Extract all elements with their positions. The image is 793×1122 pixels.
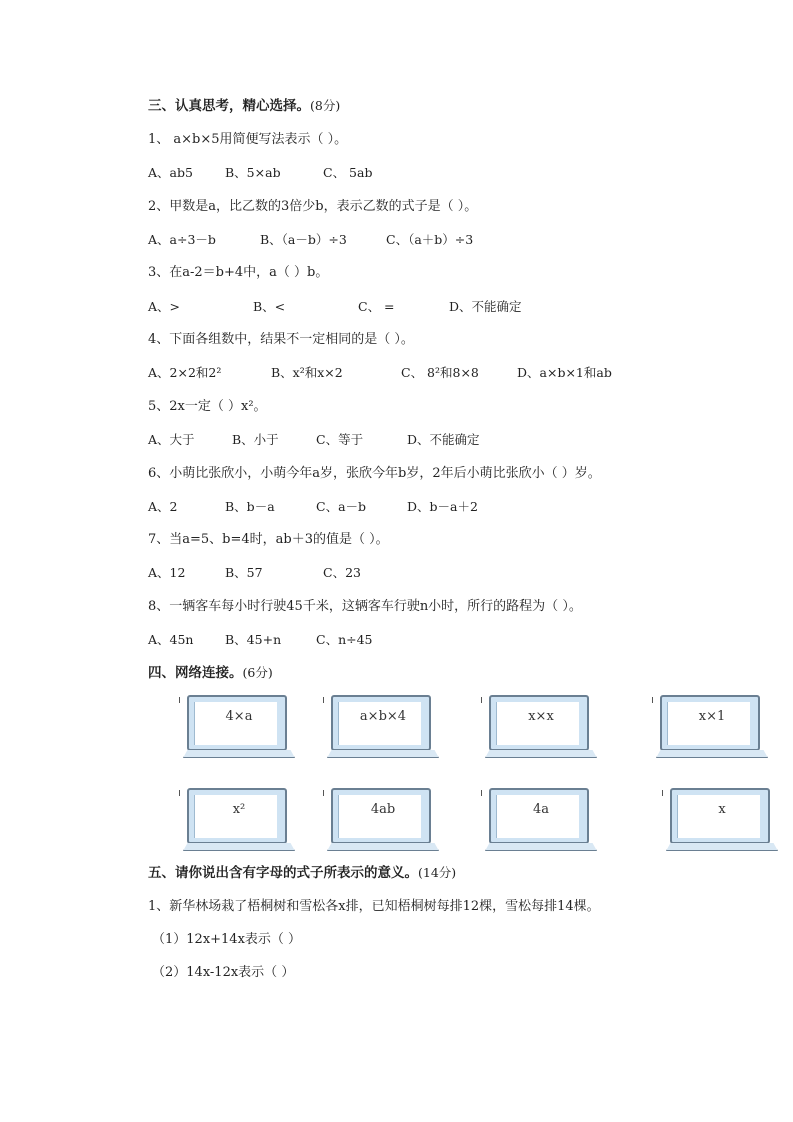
q3-option-b[interactable]: B、<	[253, 298, 285, 316]
laptop-base	[327, 750, 439, 758]
q2-option-b[interactable]: B、（a－b）÷3	[260, 231, 347, 249]
expression-label: 4a	[485, 802, 597, 817]
connect-dot	[179, 790, 180, 796]
laptop-base	[183, 843, 295, 851]
laptop-card-row2-4[interactable]: x	[666, 788, 778, 854]
q1-option-a[interactable]: A、ab5	[148, 164, 193, 182]
laptop-card-row1-3[interactable]: x×x	[485, 695, 597, 761]
section-4-title: 四、网络连接。	[148, 665, 243, 681]
section-5-title: 五、请你说出含有字母的式子所表示的意义。	[148, 865, 418, 881]
connect-dot	[323, 790, 324, 796]
q3-option-a[interactable]: A、>	[148, 298, 180, 316]
laptop-base	[183, 750, 295, 758]
sub-question-1[interactable]: （1）12x+14x表示（ ）	[152, 931, 301, 949]
section-3-heading: 三、认真思考，精心选择。(8分)	[148, 97, 340, 115]
q6-option-b[interactable]: B、b－a	[225, 498, 275, 516]
connect-dot	[481, 790, 482, 796]
expression-label: x×x	[485, 709, 597, 724]
laptop-card-row2-1[interactable]: x²	[183, 788, 295, 854]
q6-option-c[interactable]: C、a－b	[316, 498, 366, 516]
q8-option-b[interactable]: B、45+n	[225, 631, 281, 649]
section-4-points: (6分)	[243, 665, 273, 680]
question-3: 3、在a-2＝b+4中，a（ ）b。	[148, 264, 328, 282]
expression-label: x²	[183, 802, 295, 817]
q5-option-a[interactable]: A、大于	[148, 431, 195, 449]
q5-option-b[interactable]: B、小于	[232, 431, 279, 449]
laptop-card-row2-3[interactable]: 4a	[485, 788, 597, 854]
q8-option-a[interactable]: A、45n	[148, 631, 193, 649]
connect-dot	[179, 697, 180, 703]
q7-option-b[interactable]: B、57	[225, 564, 263, 582]
q2-option-a[interactable]: A、a÷3－b	[148, 231, 216, 249]
q1-option-b[interactable]: B、5×ab	[225, 164, 281, 182]
question-5: 5、2x一定（ ）x²。	[148, 398, 267, 416]
laptop-card-row2-2[interactable]: 4ab	[327, 788, 439, 854]
laptop-base	[327, 843, 439, 851]
q4-option-a[interactable]: A、2×2和2²	[148, 364, 221, 382]
section-5-points: (14分)	[418, 865, 456, 880]
sub-question-2[interactable]: （2）14x-12x表示（ ）	[152, 964, 294, 982]
expression-label: x×1	[656, 709, 768, 724]
section-5-heading: 五、请你说出含有字母的式子所表示的意义。(14分)	[148, 864, 456, 882]
question-6: 6、小萌比张欣小，小萌今年a岁，张欣今年b岁，2年后小萌比张欣小（ ）岁。	[148, 465, 601, 483]
q1-option-c[interactable]: C、 5ab	[323, 164, 372, 182]
laptop-card-row1-4[interactable]: x×1	[656, 695, 768, 761]
q5-option-d[interactable]: D、不能确定	[407, 431, 480, 449]
connect-dot	[652, 697, 653, 703]
laptop-base	[485, 843, 597, 851]
connect-dot	[323, 697, 324, 703]
q4-option-b[interactable]: B、x²和x×2	[271, 364, 343, 382]
q3-option-d[interactable]: D、不能确定	[449, 298, 522, 316]
laptop-card-row1-2[interactable]: a×b×4	[327, 695, 439, 761]
question-1: 1、 a×b×5用简便写法表示（ ）。	[148, 131, 347, 149]
laptop-card-row1-1[interactable]: 4×a	[183, 695, 295, 761]
connect-dot	[481, 697, 482, 703]
laptop-base	[656, 750, 768, 758]
section-3-title: 三、认真思考，精心选择。	[148, 98, 310, 114]
question-7: 7、当a=5、b=4时，ab＋3的值是（ ）。	[148, 531, 389, 549]
expression-label: 4×a	[183, 709, 295, 724]
q8-option-c[interactable]: C、n÷45	[316, 631, 373, 649]
question-4: 4、下面各组数中，结果不一定相同的是（ ）。	[148, 331, 414, 349]
connect-dot	[662, 790, 663, 796]
q4-option-c[interactable]: C、 8²和8×8	[401, 364, 479, 382]
question-8: 8、一辆客车每小时行驶45千米，这辆客车行驶n小时，所行的路程为（ ）。	[148, 598, 582, 616]
section-4-heading: 四、网络连接。(6分)	[148, 664, 273, 682]
q2-option-c[interactable]: C、（a＋b）÷3	[386, 231, 473, 249]
q7-option-a[interactable]: A、12	[148, 564, 185, 582]
laptop-base	[485, 750, 597, 758]
expression-label: x	[666, 802, 778, 817]
q7-option-c[interactable]: C、23	[323, 564, 361, 582]
q4-option-d[interactable]: D、a×b×1和ab	[517, 364, 612, 382]
section-3-points: (8分)	[310, 98, 340, 113]
q5-option-c[interactable]: C、等于	[316, 431, 363, 449]
question-2: 2、甲数是a，比乙数的3倍少b，表示乙数的式子是（ ）。	[148, 198, 477, 216]
expression-label: 4ab	[327, 802, 439, 817]
q3-option-c[interactable]: C、 =	[358, 298, 395, 316]
laptop-base	[666, 843, 778, 851]
expression-label: a×b×4	[327, 709, 439, 724]
q6-option-a[interactable]: A、2	[148, 498, 177, 516]
section-5-question-1: 1、新华林场栽了梧桐树和雪松各x排，已知梧桐树每排12棵，雪松每排14棵。	[148, 898, 600, 916]
q6-option-d[interactable]: D、b－a＋2	[407, 498, 478, 516]
